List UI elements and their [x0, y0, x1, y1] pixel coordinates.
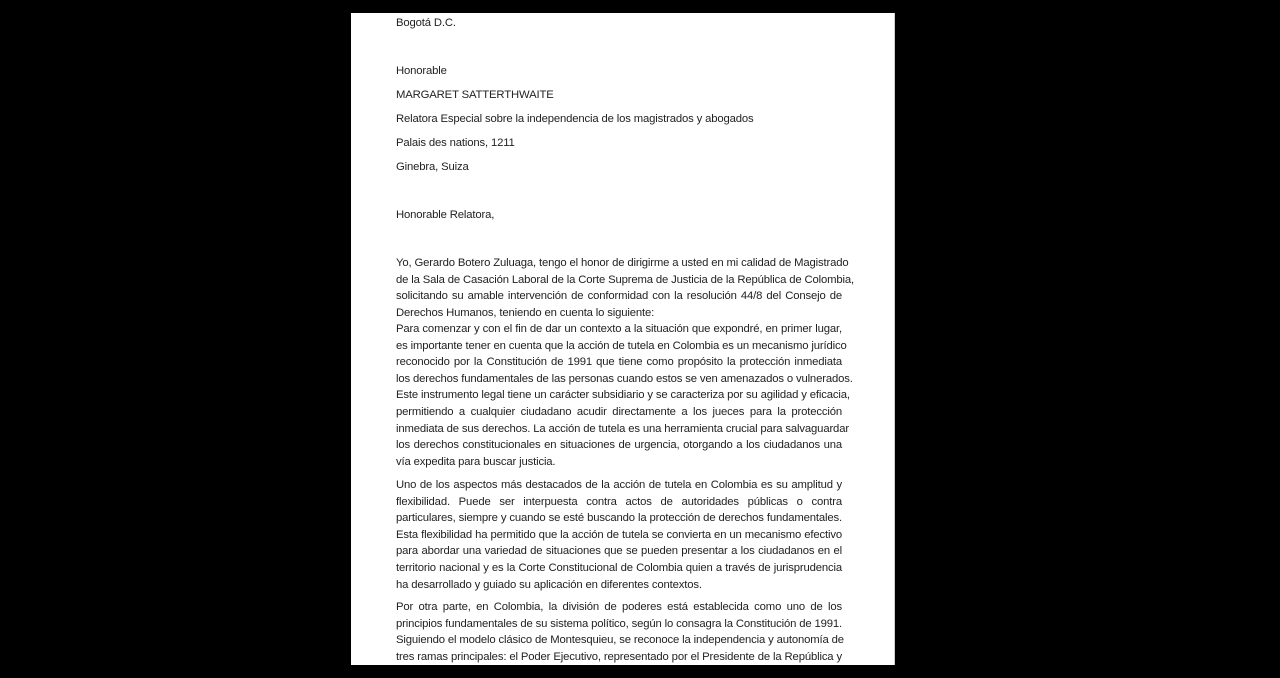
paragraph-line: Por otra parte, en Colombia, la división…: [396, 599, 842, 616]
paragraph-line: Yo, Gerardo Botero Zuluaga, tengo el hon…: [396, 255, 842, 272]
recipient-address: Palais des nations, 1211: [396, 137, 515, 149]
paragraph-line: de la Sala de Casación Laboral de la Cor…: [396, 272, 842, 289]
paragraph-line: Para comenzar y con el fin de dar un con…: [396, 321, 842, 338]
paragraph-line: para abordar una variedad de situaciones…: [396, 543, 842, 560]
paragraph-line: inmediata de sus derechos. La acción de …: [396, 421, 842, 438]
paragraph-line: solicitando su amable intervención de co…: [396, 288, 842, 305]
recipient-position: Relatora Especial sobre la independencia…: [396, 113, 754, 125]
paragraph: Yo, Gerardo Botero Zuluaga, tengo el hon…: [396, 255, 842, 321]
paragraph-line: los derechos fundamentales de las person…: [396, 371, 842, 388]
paragraph-line: los derechos constitucionales en situaci…: [396, 437, 842, 454]
paragraph-line: permitiendo a cualquier ciudadano acudir…: [396, 404, 842, 421]
paragraph-line: vía expedita para buscar justicia.: [396, 454, 842, 471]
paragraph-line: territorio nacional y es la Corte Consti…: [396, 560, 842, 577]
place-line: Bogotá D.C.: [396, 17, 456, 29]
paragraph-line: Derechos Humanos, teniendo en cuenta lo …: [396, 305, 842, 322]
paragraph-line: Este instrumento legal tiene un carácter…: [396, 387, 842, 404]
paragraph-line: reconocido por la Constitución de 1991 q…: [396, 354, 842, 371]
paragraph-line: Siguiendo el modelo clásico de Montesqui…: [396, 632, 842, 649]
paragraph-line: flexibilidad. Puede ser interpuesta cont…: [396, 494, 842, 511]
recipient-city: Ginebra, Suiza: [396, 161, 469, 173]
paragraph-line: particulares, siempre y cuando se esté b…: [396, 510, 842, 527]
document-page: Bogotá D.C. Honorable MARGARET SATTERTHW…: [351, 13, 895, 665]
paragraph-line: ha desarrollado y guiado su aplicación e…: [396, 577, 842, 594]
recipient-name: MARGARET SATTERTHWAITE: [396, 89, 554, 101]
paragraph: Uno de los aspectos más destacados de la…: [396, 477, 842, 593]
greeting: Honorable Relatora,: [396, 209, 494, 221]
paragraph-line: principios fundamentales de su sistema p…: [396, 616, 842, 633]
paragraph-line: tres ramas principales: el Poder Ejecuti…: [396, 649, 842, 665]
recipient-title: Honorable: [396, 65, 447, 77]
paragraph: Para comenzar y con el fin de dar un con…: [396, 321, 842, 470]
paragraph-line: es importante tener en cuenta que la acc…: [396, 338, 842, 355]
paragraph-line: Uno de los aspectos más destacados de la…: [396, 477, 842, 494]
paragraph: Por otra parte, en Colombia, la división…: [396, 599, 842, 665]
paragraph-line: Esta flexibilidad ha permitido que la ac…: [396, 527, 842, 544]
